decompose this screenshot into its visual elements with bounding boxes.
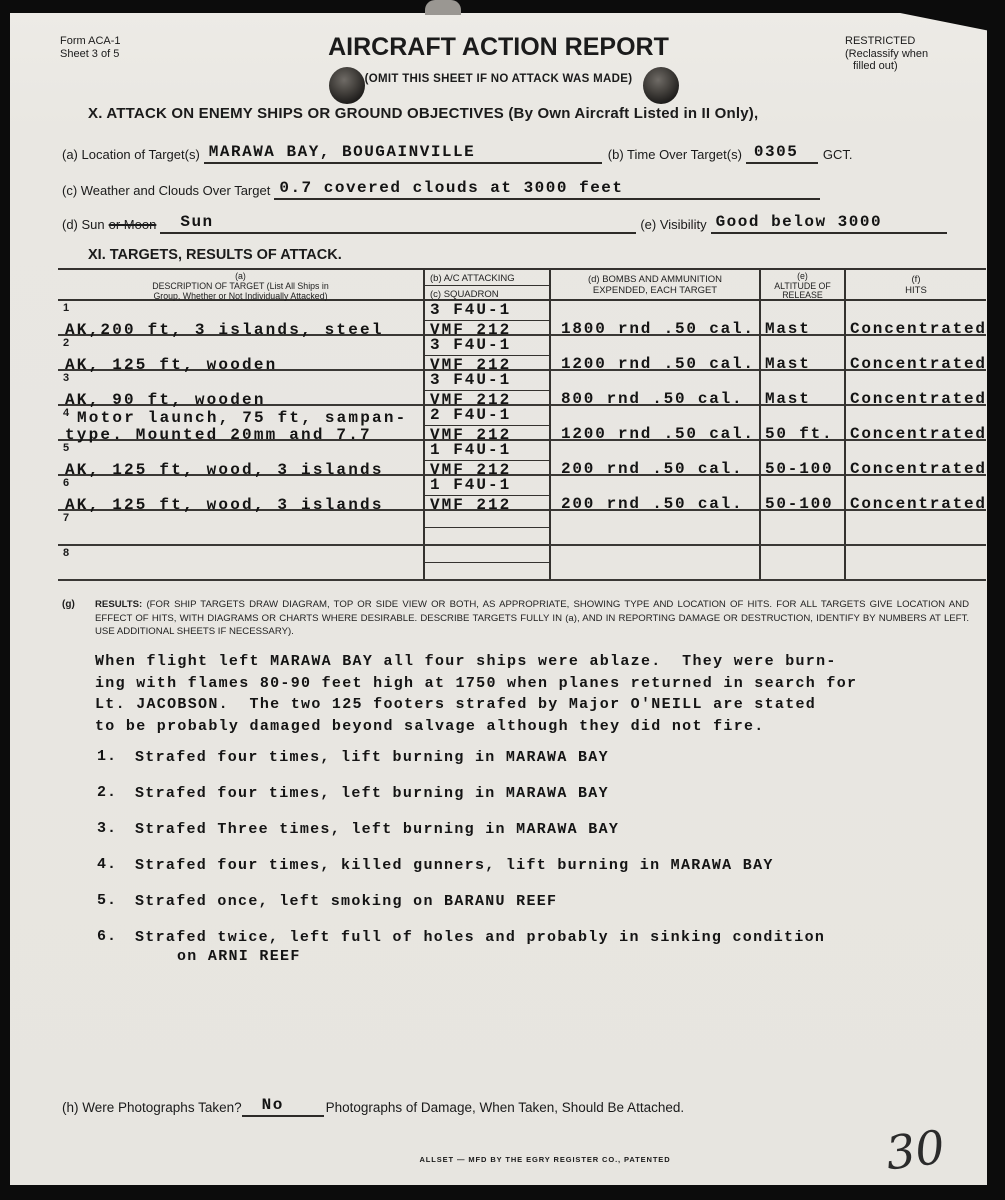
list-item: 5. Strafed once, left smoking on BARANU … — [97, 892, 825, 928]
col-header-hits: (f) HITS — [844, 270, 986, 301]
time-over-target-label: (b) Time Over Target(s) — [602, 147, 746, 164]
cell-hits: Concentrated — [844, 441, 986, 480]
table-row: 7 — [58, 511, 986, 546]
scan-background: { "header": { "form_id_line1": "Form ACA… — [0, 0, 1005, 1200]
table-row: 3 AK, 90 ft, wooden 3 F4U-1 VMF 212 800 … — [58, 371, 986, 406]
results-list: 1. Strafed four times, lift burning in M… — [97, 748, 825, 966]
col-f-tag: (f) — [846, 274, 986, 285]
description-text: Motor launch, 75 ft, sampan- type. Mount… — [65, 410, 423, 444]
cell-hits: Concentrated — [844, 406, 986, 445]
item-text-block: Strafed four times, lift burning in MARA… — [135, 748, 609, 767]
table-row: 5 AK, 125 ft, wood, 3 islands 1 F4U-1 VM… — [58, 441, 986, 476]
results-instructions-text: (FOR SHIP TARGETS DRAW DIAGRAM, TOP OR S… — [95, 599, 969, 637]
cell-hits: Concentrated — [844, 301, 986, 340]
item-text: Strafed four times, left burning in MARA… — [135, 784, 609, 803]
list-item: 6. Strafed twice, left full of holes and… — [97, 928, 825, 966]
cell-hits: Concentrated — [844, 371, 986, 410]
list-item: 2. Strafed four times, left burning in M… — [97, 784, 825, 820]
list-item: 3. Strafed Three times, left burning in … — [97, 820, 825, 856]
section-x-heading: X. ATTACK ON ENEMY SHIPS OR GROUND OBJEC… — [88, 105, 758, 122]
location-value: MARAWA BAY, BOUGAINVILLE — [204, 143, 602, 164]
document-page: Form ACA-1 Sheet 3 of 5 AIRCRAFT ACTION … — [10, 13, 987, 1185]
cell-altitude — [759, 546, 844, 579]
cell-hits — [844, 546, 986, 579]
gct-label: GCT. — [818, 147, 857, 164]
col-d-line2: EXPENDED, EACH TARGET — [551, 285, 759, 296]
location-label: (a) Location of Target(s) — [62, 147, 204, 164]
col-a-line1: DESCRIPTION OF TARGET (List All Ships in — [58, 281, 423, 291]
sun-value: Sun — [160, 213, 636, 234]
narrative-line: When flight left MARAWA BAY all four shi… — [95, 651, 857, 673]
cell-ammunition: 1800 rnd .50 cal. — [549, 301, 759, 340]
visibility-value: Good below 3000 — [711, 213, 947, 234]
visibility-label: (e) Visibility — [636, 217, 710, 234]
cell-altitude: 50 ft. — [759, 406, 844, 445]
restricted-line1: RESTRICTED — [845, 35, 928, 48]
table-row: 6 AK, 125 ft, wood, 3 islands 1 F4U-1 VM… — [58, 476, 986, 511]
row-number: 5 — [63, 442, 69, 454]
table-row: 2 AK, 125 ft, wooden 3 F4U-1 VMF 212 120… — [58, 336, 986, 371]
col-e-line2: RELEASE — [761, 291, 844, 301]
row-number: 1 — [63, 302, 69, 314]
aircraft-value: 3 F4U-1 — [425, 371, 549, 391]
item-text-block: Strafed once, left smoking on BARANU REE… — [135, 892, 557, 911]
photographs-value: No — [242, 1096, 324, 1117]
restricted-stamp: RESTRICTED (Reclassify when filled out) — [845, 35, 928, 73]
omit-note: (OMIT THIS SHEET IF NO ATTACK WAS MADE) — [10, 73, 987, 85]
results-tag: (g) — [62, 599, 75, 610]
cell-description: 7 — [58, 511, 423, 544]
item-number: 2. — [97, 784, 135, 801]
cell-hits: Concentrated — [844, 336, 986, 375]
row-number: 3 — [63, 372, 69, 384]
description-line1: Motor launch, 75 ft, sampan- — [65, 410, 423, 427]
cell-aircraft-squadron: 1 F4U-1 VMF 212 — [423, 476, 549, 515]
weather-label: (c) Weather and Clouds Over Target — [62, 183, 274, 200]
col-f-label: HITS — [846, 285, 986, 296]
row-number: 2 — [63, 337, 69, 349]
cell-altitude: Mast — [759, 336, 844, 375]
cell-description: 5 AK, 125 ft, wood, 3 islands — [58, 441, 423, 480]
item-text-block: Strafed four times, left burning in MARA… — [135, 784, 609, 803]
field-line-weather: (c) Weather and Clouds Over Target 0.7 c… — [62, 179, 820, 200]
field-line-location-time: (a) Location of Target(s) MARAWA BAY, BO… — [62, 143, 857, 164]
item-text: Strafed four times, killed gunners, lift… — [135, 856, 774, 875]
col-c-label: (c) SQUADRON — [425, 286, 549, 301]
col-header-aircraft-squadron: (b) A/C ATTACKING (c) SQUADRON — [423, 270, 549, 301]
item-number: 4. — [97, 856, 135, 873]
narrative-line: Lt. JACOBSON. The two 125 footers strafe… — [95, 694, 857, 716]
item-number: 5. — [97, 892, 135, 909]
narrative-line: to be probably damaged beyond salvage al… — [95, 716, 857, 738]
item-number: 3. — [97, 820, 135, 837]
or-moon-struck-text: or Moon — [109, 217, 161, 234]
col-b-label: (b) A/C ATTACKING — [425, 270, 549, 286]
sun-label: (d) Sun — [62, 217, 109, 234]
col-a-tag: (a) — [58, 271, 423, 281]
cell-hits: Concentrated — [844, 476, 986, 515]
row-number: 8 — [63, 547, 69, 559]
section-xi-heading: XI. TARGETS, RESULTS OF ATTACK. — [88, 247, 342, 263]
time-over-target-value: 0305 — [746, 143, 818, 164]
col-header-altitude: (e) ALTITUDE OF RELEASE — [759, 270, 844, 301]
item-text-block: Strafed twice, left full of holes and pr… — [135, 928, 825, 966]
cell-aircraft-squadron: 1 F4U-1 VMF 212 — [423, 441, 549, 480]
list-item: 4. Strafed four times, killed gunners, l… — [97, 856, 825, 892]
item-text-block: Strafed four times, killed gunners, lift… — [135, 856, 774, 875]
aircraft-value — [425, 511, 549, 528]
targets-table: (a) DESCRIPTION OF TARGET (List All Ship… — [58, 268, 986, 581]
cell-ammunition: 1200 rnd .50 cal. — [549, 336, 759, 375]
results-narrative: When flight left MARAWA BAY all four shi… — [95, 651, 857, 737]
results-label: RESULTS: — [95, 599, 142, 610]
cell-altitude — [759, 511, 844, 544]
cell-altitude: Mast — [759, 301, 844, 340]
narrative-line: ing with flames 80-90 feet high at 1750 … — [95, 673, 857, 695]
scan-edge-tab — [425, 0, 461, 15]
cell-description: 6 AK, 125 ft, wood, 3 islands — [58, 476, 423, 515]
item-text: Strafed twice, left full of holes and pr… — [135, 928, 825, 947]
table-header-row: (a) DESCRIPTION OF TARGET (List All Ship… — [58, 268, 986, 301]
printer-mark: ALLSET — MFD BY THE EGRY REGISTER CO., P… — [419, 1155, 670, 1164]
cell-description: 8 — [58, 546, 423, 579]
cell-aircraft-squadron: 2 F4U-1 VMF 212 — [423, 406, 549, 445]
item-text: Strafed once, left smoking on BARANU REE… — [135, 892, 557, 911]
item-text-block: Strafed Three times, left burning in MAR… — [135, 820, 619, 839]
item-text-line2: on ARNI REEF — [135, 947, 825, 966]
cell-description: 4 Motor launch, 75 ft, sampan- type. Mou… — [58, 406, 423, 445]
item-number: 1. — [97, 748, 135, 765]
cell-altitude: Mast — [759, 371, 844, 410]
cell-ammunition: 200 rnd .50 cal. — [549, 476, 759, 515]
cell-ammunition: 1200 rnd .50 cal. — [549, 406, 759, 445]
aircraft-value: 3 F4U-1 — [425, 301, 549, 321]
item-text: Strafed Three times, left burning in MAR… — [135, 820, 619, 839]
cell-altitude: 50-100 — [759, 476, 844, 515]
page-title: AIRCRAFT ACTION REPORT — [10, 33, 987, 62]
photographs-suffix: Photographs of Damage, When Taken, Shoul… — [324, 1100, 685, 1117]
aircraft-value: 1 F4U-1 — [425, 441, 549, 461]
col-a-line2: Group, Whether or Not Individually Attac… — [58, 291, 423, 301]
results-instructions: RESULTS: (FOR SHIP TARGETS DRAW DIAGRAM,… — [95, 598, 969, 639]
cell-description: 3 AK, 90 ft, wooden — [58, 371, 423, 410]
restricted-line3: filled out) — [845, 60, 928, 73]
row-number: 7 — [63, 512, 69, 524]
cell-ammunition: 200 rnd .50 cal. — [549, 441, 759, 480]
handwritten-page-number: 30 — [883, 1120, 948, 1181]
col-header-description: (a) DESCRIPTION OF TARGET (List All Ship… — [58, 270, 423, 301]
cell-ammunition — [549, 511, 759, 544]
cell-aircraft-squadron: 3 F4U-1 VMF 212 — [423, 301, 549, 340]
cell-hits — [844, 511, 986, 544]
table-row: 1 AK,200 ft, 3 islands, steel 3 F4U-1 VM… — [58, 301, 986, 336]
aircraft-value — [425, 546, 549, 563]
col-d-line1: (d) BOMBS AND AMMUNITION — [551, 274, 759, 285]
cell-ammunition: 800 rnd .50 cal. — [549, 371, 759, 410]
row-number: 6 — [63, 477, 69, 489]
cell-aircraft-squadron: 3 F4U-1 VMF 212 — [423, 336, 549, 375]
list-item: 1. Strafed four times, lift burning in M… — [97, 748, 825, 784]
restricted-line2: (Reclassify when — [845, 48, 928, 61]
cell-description: 2 AK, 125 ft, wooden — [58, 336, 423, 375]
aircraft-value: 2 F4U-1 — [425, 406, 549, 426]
aircraft-value: 1 F4U-1 — [425, 476, 549, 496]
aircraft-value: 3 F4U-1 — [425, 336, 549, 356]
table-row: 8 — [58, 546, 986, 581]
field-line-sun-visibility: (d) Sun or Moon Sun (e) Visibility Good … — [62, 213, 947, 234]
cell-altitude: 50-100 — [759, 441, 844, 480]
cell-description: 1 AK,200 ft, 3 islands, steel — [58, 301, 423, 340]
cell-ammunition — [549, 546, 759, 579]
item-number: 6. — [97, 928, 135, 945]
item-text: Strafed four times, lift burning in MARA… — [135, 748, 609, 767]
photographs-label: (h) Were Photographs Taken? — [62, 1100, 242, 1117]
col-header-ammunition: (d) BOMBS AND AMMUNITION EXPENDED, EACH … — [549, 270, 759, 301]
cell-aircraft-squadron — [423, 546, 549, 579]
cell-aircraft-squadron: 3 F4U-1 VMF 212 — [423, 371, 549, 410]
squadron-value — [425, 528, 549, 544]
squadron-value — [425, 563, 549, 579]
weather-value: 0.7 covered clouds at 3000 feet — [274, 179, 820, 200]
cell-aircraft-squadron — [423, 511, 549, 544]
photographs-line: (h) Were Photographs Taken? No Photograp… — [62, 1096, 684, 1117]
table-row: 4 Motor launch, 75 ft, sampan- type. Mou… — [58, 406, 986, 441]
